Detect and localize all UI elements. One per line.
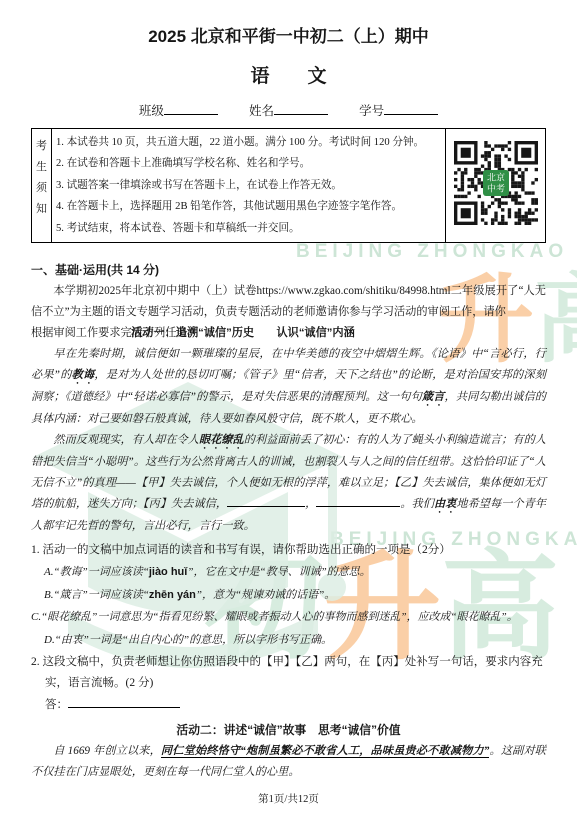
svg-text:中考: 中考 <box>486 183 504 195</box>
question2-answer-line: 答： <box>31 694 546 717</box>
notice-item-3: 3. 试题答案一律填涂或书写在答题卡上，在试卷上作答无效。 <box>56 175 439 196</box>
activity2-title: 活动二：讲述“诚信”故事 思考“诚信”价值 <box>31 719 546 741</box>
studentid-input-blank[interactable] <box>384 102 438 115</box>
question1-option-d[interactable]: D.“由衷”一词是“出自内心的”的意思，所以字形书写正确。 <box>31 629 546 652</box>
section1-heading: 一、基础·运用(共 14 分) <box>31 259 546 281</box>
notice-items: 1. 本试卷共 10 页，共五道大题，22 道小题。满分 100 分。考试时间 … <box>52 129 445 242</box>
question1-option-c[interactable]: C.“眼花缭乱”一词意思为“指看见纷繁、耀眼或者振动人心的事物而感到迷乱”，应改… <box>31 606 546 629</box>
question1-stem: 1. 活动一的文稿中加点词语的读音和书写有误，请你帮助选出正确的一项是（2分） <box>31 539 546 561</box>
name-input-blank[interactable] <box>274 102 328 115</box>
qr-code: 北京中考 <box>454 141 538 230</box>
answer-label: 答： <box>45 699 68 711</box>
notice-item-1: 1. 本试卷共 10 页，共五道大题，22 道小题。满分 100 分。考试时间 … <box>56 132 439 153</box>
studentid-label: 学号 <box>359 104 384 118</box>
notice-item-4: 4. 在答题卡上，选择题用 2B 铅笔作答，其他试题用黑色字迹签字笔作答。 <box>56 196 439 217</box>
student-info-row: 班级 姓名 学号 <box>31 101 546 119</box>
qr-code-panel: 北京中考 <box>445 129 545 242</box>
svg-text:北京: 北京 <box>486 172 504 184</box>
tongrentang-paragraph: 自 1669 年创立以来，同仁堂始终恪守“炮制虽繁必不敢省人工，品味虽贵必不敢减… <box>31 741 546 783</box>
reality-paragraph: 然而反观现实，有人却在令人眼花缭乱的利益面前丢了初心：有的人为了蝇头小利编造谎言… <box>31 430 546 537</box>
answer-blank[interactable] <box>68 695 180 708</box>
notice-side-label: 考 生 须 知 <box>32 129 52 242</box>
candidate-notice-box: 考 生 须 知 1. 本试卷共 10 页，共五道大题，22 道小题。满分 100… <box>31 128 546 243</box>
class-input-blank[interactable] <box>164 102 218 115</box>
page-content: 2025 北京和平街一中初二（上）期中 语 文 班级 姓名 学号 考 生 须 知… <box>0 22 577 783</box>
question2-stem: 2. 这段文稿中，负责老师想让你仿照语段中的【甲】【乙】两句，在【丙】处补写一句… <box>31 652 546 694</box>
history-paragraph: 早在先秦时期，诚信便如一颗璀璨的星辰，在中华美德的夜空中熠熠生辉。《论语》中“言… <box>31 344 546 430</box>
exam-paper-page: BEIJING ZHONGKAO BEIJING ZHONGKAO 升高 初升高… <box>0 0 577 817</box>
overlapped-line: 根据审阅工作要求完成下列任务。 活动一：追溯“诚信”历史 认识“诚信”内涵 <box>31 323 546 344</box>
exam-subject: 语 文 <box>31 61 546 88</box>
exam-title: 2025 北京和平街一中初二（上）期中 <box>31 22 546 47</box>
page-number: 第1页/共12页 <box>0 791 577 806</box>
activity1-title: 活动一：追溯“诚信”历史 认识“诚信”内涵 <box>131 323 355 344</box>
notice-item-2: 2. 在试卷和答题卡上准确填写学校名称、姓名和学号。 <box>56 153 439 174</box>
question1-option-b[interactable]: B.“箴言”一词应该读“zhēn yán”，意为“规谏劝诫的话语”。 <box>31 584 546 607</box>
intro-paragraph: 本学期初2025年北京初中期中（上）试卷https://www.zgkao.co… <box>31 281 546 323</box>
question1-option-a[interactable]: A.“教诲”一词应该读“jiào huǐ”，它在文中是“教导、训诫”的意思。 <box>31 561 546 584</box>
class-label: 班级 <box>139 104 164 118</box>
notice-item-5: 5. 考试结束，将本试卷、答题卡和草稿纸一并交回。 <box>56 218 439 239</box>
name-label: 姓名 <box>249 104 274 118</box>
